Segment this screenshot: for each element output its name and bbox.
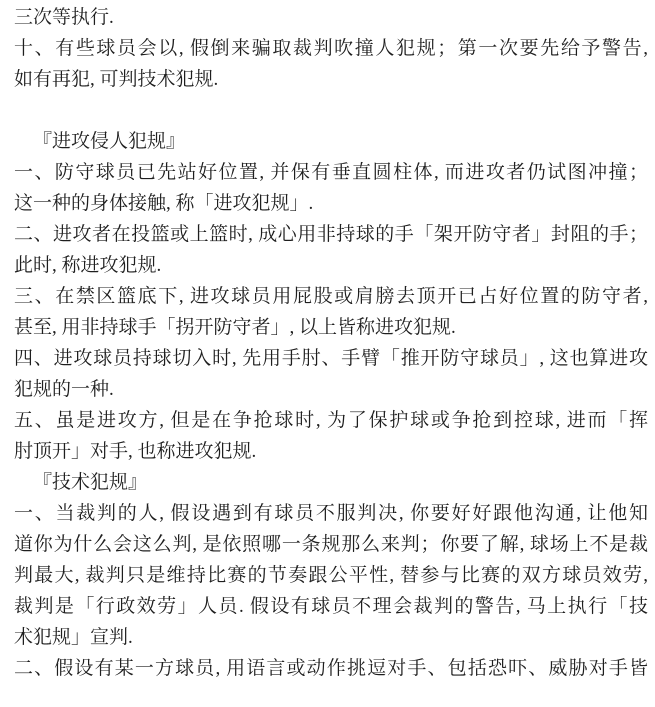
text-line: 十、有些球员会以, 假倒来骗取裁判吹撞人犯规；第一次要先给予警告, (14, 33, 648, 64)
text-line: 此时, 称进攻犯规. (14, 250, 648, 281)
section-heading: 『技术犯规』 (14, 467, 648, 498)
text-line: 这一种的身体接触, 称「进攻犯规」. (14, 188, 648, 219)
blank-line (14, 95, 648, 126)
text-line: 如有再犯, 可判技术犯规. (14, 64, 648, 95)
text-line: 一、当裁判的人, 假设遇到有球员不服判决, 你要好好跟他沟通, 让他知 (14, 498, 648, 529)
text-line: 三次等执行. (14, 2, 648, 33)
text-line: 犯规的一种. (14, 374, 648, 405)
text-line: 裁判是「行政效劳」人员. 假设有球员不理会裁判的警告, 马上执行「技 (14, 591, 648, 622)
text-line: 甚至, 用非持球手「拐开防守者」, 以上皆称进攻犯规. (14, 312, 648, 343)
text-line: 二、假设有某一方球员, 用语言或动作挑逗对手、包括恐吓、威胁对手皆 (14, 653, 648, 684)
text-line: 一、防守球员已先站好位置, 并保有垂直圆柱体, 而进攻者仍试图冲撞； (14, 157, 648, 188)
text-line: 道你为什么会这么判, 是依照哪一条规那么来判；你要了解, 球场上不是裁 (14, 529, 648, 560)
text-line: 术犯规」宣判. (14, 622, 648, 653)
text-line: 三、在禁区篮底下, 进攻球员用屁股或肩膀去顶开已占好位置的防守者, (14, 281, 648, 312)
text-line: 四、进攻球员持球切入时, 先用手肘、手臂「推开防守球员」, 这也算进攻 (14, 343, 648, 374)
text-line: 五、虽是进攻方, 但是在争抢球时, 为了保护球或争抢到控球, 进而「挥 (14, 405, 648, 436)
text-line: 二、进攻者在投篮或上篮时, 成心用非持球的手「架开防守者」封阻的手； (14, 219, 648, 250)
text-line: 判最大, 裁判只是维持比赛的节奏跟公平性, 替参与比赛的双方球员效劳, (14, 560, 648, 591)
text-line: 肘顶开」对手, 也称进攻犯规. (14, 436, 648, 467)
document-page: 三次等执行.十、有些球员会以, 假倒来骗取裁判吹撞人犯规；第一次要先给予警告,如… (0, 0, 655, 707)
section-heading: 『进攻侵人犯规』 (14, 126, 648, 157)
